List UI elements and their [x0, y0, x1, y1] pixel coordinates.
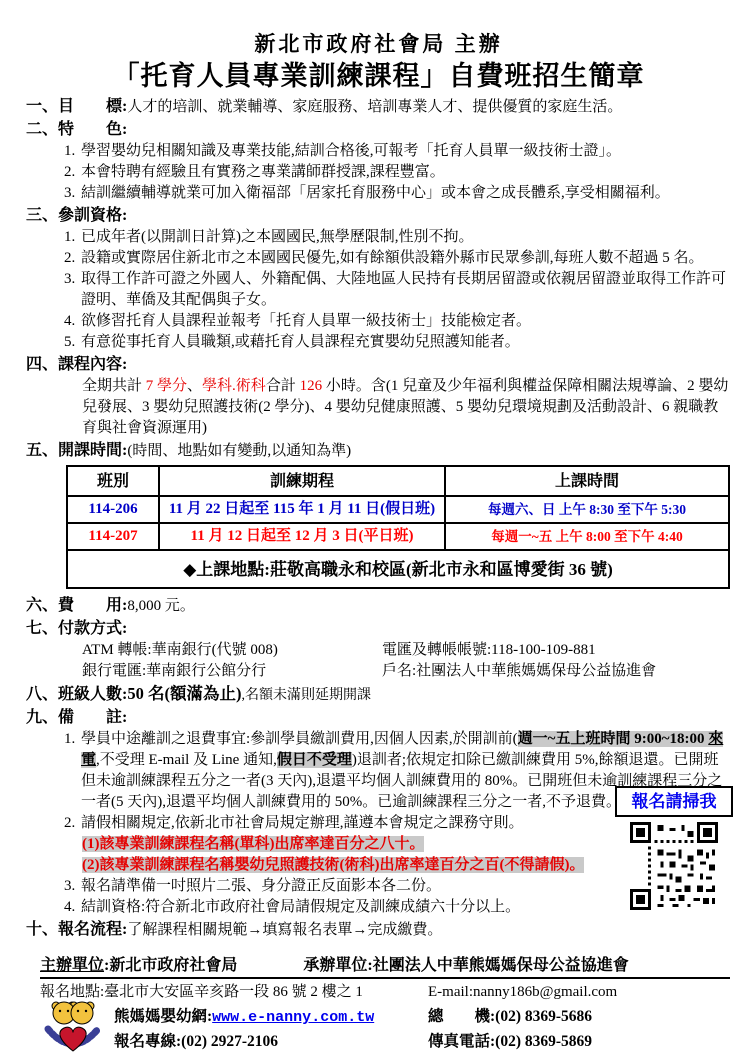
- list-item: 2.設籍或實際居住新北市之本國國民優先,如有餘額供設籍外縣市民眾參訓,每班人數不…: [64, 248, 731, 269]
- switchboard-number: (02) 8369-5686: [495, 1008, 592, 1025]
- section-number: 七、: [26, 620, 58, 637]
- schedule-note: (時間、地點如有變動,以通知為準): [127, 443, 351, 459]
- text-segment: ,不受理 E-mail 及 Line 通知,: [96, 752, 277, 768]
- flow-text: 了解課程相關規範→填寫報名表單→完成繳費。: [127, 922, 442, 938]
- list-item: 4.欲修習托育人員課程並報考「托育人員單一級技術士」技能檢定者。: [64, 311, 731, 332]
- section-number: 八、: [26, 686, 58, 703]
- website-cell: 熊媽媽嬰幼網:www.e-nanny.com.tw: [114, 1006, 428, 1028]
- account-name: 戶名:社團法人中華熊媽媽保母公益協進會: [382, 661, 656, 682]
- footer: 主辦單位:新北市政府社會局承辦單位:社團法人中華熊媽媽保母公益協進會 報名地點:…: [26, 955, 731, 1053]
- host-label: 主辦單位: [40, 957, 104, 974]
- qr-block: 報名請掃我: [615, 786, 733, 917]
- list-item: 3.結訓繼續輔導就業可加入衛福部「居家托育服務中心」或本會之成長體系,享受相關福…: [64, 183, 731, 204]
- item-number: 3.: [64, 876, 81, 897]
- section-label: 付款方式:: [58, 620, 127, 637]
- section-number: 六、: [26, 597, 58, 614]
- section-registration-flow: 十、報名流程:了解課程相關規範→填寫報名表單→完成繳費。: [26, 919, 731, 941]
- section-label: 備 註:: [58, 709, 127, 726]
- item-text: 有意從事托育人員職類,或藉托育人員課程充實嬰幼兒照護知能者。: [81, 334, 520, 350]
- highlighted-rule-text: (1)該專業訓練課程名稱(單科)出席率達百分之八十。: [82, 836, 424, 852]
- section-number: 五、: [26, 442, 58, 459]
- hotline-number: (02) 2927-2106: [181, 1033, 278, 1050]
- account-number: 電匯及轉帳帳號:118-100-109-881: [382, 640, 596, 661]
- section-number: 四、: [26, 356, 58, 373]
- column-header-time: 上課時間: [445, 466, 729, 496]
- attendance-rule-1: (1)該專業訓練課程名稱(單科)出席率達百分之八十。: [82, 834, 642, 855]
- section-schedule: 五、開課時間:(時間、地點如有變動,以通知為準) 班別 訓練期程 上課時間 11…: [26, 440, 731, 589]
- list-item: 3.取得工作許可證之外國人、外籍配偶、大陸地區人民持有長期居留證或依親居留證並取…: [64, 269, 731, 311]
- hotline-line: 報名專線:(02) 2927-2106 傳真電話:(02) 8369-5869: [114, 1031, 731, 1053]
- course-content-paragraph: 全期共計 7 學分、學科.術科合計 126 小時。含(1 兒童及少年福利與權益保…: [82, 376, 731, 439]
- qr-code: [624, 822, 724, 910]
- class-id: 114-206: [67, 496, 159, 523]
- payment-row: 銀行電匯:華南銀行公館分行 戶名:社團法人中華熊媽媽保母公益協進會: [82, 661, 731, 682]
- class-period: 11 月 22 日起至 115 年 1 月 11 日(假日班): [159, 496, 445, 523]
- email-address: E-mail:nanny186b@gmail.com: [428, 982, 617, 1003]
- item-number: 1.: [64, 729, 81, 750]
- item-number: 2.: [64, 813, 81, 834]
- class-time: 每週一~五 上午 8:00 至下午 4:40: [445, 523, 729, 550]
- address-line: 報名地點:臺北市大安區辛亥路一段 86 號 2 樓之 1 E-mail:nann…: [40, 982, 731, 1003]
- schedule-table: 班別 訓練期程 上課時間 114-206 11 月 22 日起至 115 年 1…: [66, 465, 730, 589]
- section-number: 十、: [26, 921, 58, 938]
- bear-mama-logo: [40, 999, 106, 1053]
- column-header-period: 訓練期程: [159, 466, 445, 496]
- page-title: 「托育人員專業訓練課程」自費班招生簡章: [26, 58, 731, 95]
- item-number: 5.: [64, 332, 81, 353]
- item-number: 3.: [64, 183, 81, 204]
- hotline-cell: 報名專線:(02) 2927-2106: [114, 1031, 428, 1053]
- list-item: 2.本會特聘有經驗且有實務之專業講師群授課,課程豐富。: [64, 162, 731, 183]
- section-eligibility: 三、參訓資格: 1.已成年者(以開訓日計算)之本國國民,無學歷限制,性別不拘。 …: [26, 205, 731, 353]
- website-link[interactable]: www.e-nanny.com.tw: [212, 1009, 374, 1026]
- switchboard-label: 總 機:: [428, 1008, 495, 1025]
- section-class-size: 八、班級人數:50 名(額滿為止),名額未滿則延期開課: [26, 683, 731, 706]
- section-number: 三、: [26, 207, 58, 224]
- item-text: 設籍或實際居住新北市之本國國民優先,如有餘額供設籍外縣市民眾參訓,每班人數不超過…: [81, 250, 704, 266]
- section-features: 二、特 色: 1.學習嬰幼兒相關知識及專業技能,結訓合格後,可報考「托育人員單一…: [26, 119, 731, 204]
- section-label: 費 用:: [58, 597, 127, 614]
- fee-amount: 8,000 元。: [127, 598, 195, 614]
- fax-label: 傳真電話:: [428, 1033, 495, 1050]
- section-label: 特 色:: [58, 121, 127, 138]
- class-size-value: 50 名(額滿為止): [127, 684, 241, 703]
- section-label: 參訓資格:: [58, 207, 127, 224]
- section-course-content: 四、課程內容: 全期共計 7 學分、學科.術科合計 126 小時。含(1 兒童及…: [26, 354, 731, 439]
- phone-cell: 總 機:(02) 8369-5686: [428, 1006, 592, 1028]
- item-number: 1.: [64, 227, 81, 248]
- table-header-row: 班別 訓練期程 上課時間: [67, 466, 729, 496]
- item-text: 請假相關規定,依新北市社會局規定辦理,謹遵本會規定之課務守則。: [81, 815, 524, 831]
- item-text: 欲修習托育人員課程並報考「托育人員單一級技術士」技能檢定者。: [81, 313, 531, 329]
- item-number: 1.: [64, 141, 81, 162]
- item-number: 2.: [64, 162, 81, 183]
- atm-transfer: ATM 轉帳:華南銀行(代號 008): [82, 640, 382, 661]
- item-text: 結訓繼續輔導就業可加入衛福部「居家托育服務中心」或本會之成長體系,享受相關福利。: [81, 185, 670, 201]
- highlighted-office-hours: 週一~五上班時間 9:00~18:00: [518, 731, 709, 747]
- attendance-rule-2: (2)該專業訓練課程名稱嬰幼兒照護技術(術科)出席率達百分之百(不得請假)。: [82, 855, 642, 876]
- item-number: 2.: [64, 248, 81, 269]
- co-organizer-name: :社團法人中華熊媽媽保母公益協進會: [367, 957, 628, 974]
- highlighted-rule-text: (2)該專業訓練課程名稱嬰幼兒照護技術(術科)出席率達百分之百(不得請假)。: [82, 857, 584, 873]
- co-organizer-label: 承辦單位: [303, 957, 367, 974]
- item-text: 本會特聘有經驗且有實務之專業講師群授課,課程豐富。: [81, 164, 445, 180]
- section-number: 一、: [26, 98, 58, 115]
- list-item: 1.已成年者(以開訓日計算)之本國國民,無學歷限制,性別不拘。: [64, 227, 731, 248]
- table-row: 114-206 11 月 22 日起至 115 年 1 月 11 日(假日班) …: [67, 496, 729, 523]
- item-text: 結訓資格:符合新北市政府社會局請假規定及訓練成績六十分以上。: [81, 899, 520, 915]
- fax-cell: 傳真電話:(02) 8369-5869: [428, 1031, 592, 1053]
- class-time: 每週六、日 上午 8:30 至下午 5:30: [445, 496, 729, 523]
- class-id: 114-207: [67, 523, 159, 550]
- section-label: 報名流程:: [58, 921, 127, 938]
- list-item: 5.有意從事托育人員職類,或藉托育人員課程充實嬰幼兒照護知能者。: [64, 332, 731, 353]
- goal-text: 人才的培訓、就業輔導、家庭服務、培訓專業人才、提供優質的家庭生活。: [127, 99, 622, 115]
- text-segment: 全期共計: [82, 378, 146, 394]
- highlighted-holiday-text: 假日不受理: [277, 752, 352, 768]
- item-number: 3.: [64, 269, 81, 290]
- section-fee: 六、費 用:8,000 元。: [26, 595, 731, 617]
- table-row: 114-207 11 月 12 日起至 12 月 3 日(平日班) 每週一~五 …: [67, 523, 729, 550]
- section-label: 班級人數:: [58, 686, 127, 703]
- text-segment: 合計: [266, 378, 300, 394]
- scan-to-register-label: 報名請掃我: [615, 786, 733, 817]
- organizer-line: 主辦單位:新北市政府社會局承辦單位:社團法人中華熊媽媽保母公益協進會: [40, 955, 730, 979]
- column-header-class: 班別: [67, 466, 159, 496]
- section-label: 開課時間:: [58, 442, 127, 459]
- text-segment: 、: [187, 378, 202, 394]
- section-label: 課程內容:: [58, 356, 127, 373]
- item-text: 取得工作許可證之外國人、外籍配偶、大陸地區人民持有長期居留證或依親居留證並取得工…: [81, 271, 726, 308]
- flyer-page: 新北市政府社會局 主辦 「托育人員專業訓練課程」自費班招生簡章 一、目 標:人才…: [0, 0, 745, 1053]
- subject-highlight: 學科.術科: [202, 378, 266, 394]
- class-location: ◆上課地點:莊敬高職永和校區(新北市永和區博愛街 36 號): [67, 550, 729, 588]
- item-number: 4.: [64, 311, 81, 332]
- class-size-note: ,名額未滿則延期開課: [241, 688, 371, 703]
- hours-highlight: 126: [300, 378, 323, 394]
- item-text: 報名請準備一吋照片二張、身分證正反面影本各二份。: [81, 878, 441, 894]
- text-segment: 學員中途離訓之退費事宜:參訓學員繳訓費用,因個人因素,於開訓前(: [81, 731, 518, 747]
- table-footer-row: ◆上課地點:莊敬高職永和校區(新北市永和區博愛街 36 號): [67, 550, 729, 588]
- host-name: :新北市政府社會局: [104, 957, 237, 974]
- item-number: 4.: [64, 897, 81, 918]
- website-line: 熊媽媽嬰幼網:www.e-nanny.com.tw 總 機:(02) 8369-…: [114, 1006, 731, 1028]
- list-item: 1.學習嬰幼兒相關知識及專業技能,結訓合格後,可報考「托育人員單一級技術士證」。: [64, 141, 731, 162]
- section-number: 二、: [26, 121, 58, 138]
- credits-highlight: 7 學分: [146, 378, 187, 394]
- website-label: 熊媽媽嬰幼網:: [114, 1008, 212, 1025]
- item-text: 學習嬰幼兒相關知識及專業技能,結訓合格後,可報考「托育人員單一級技術士證」。: [81, 143, 621, 159]
- class-period: 11 月 12 日起至 12 月 3 日(平日班): [159, 523, 445, 550]
- fax-number: (02) 8369-5869: [495, 1033, 592, 1050]
- hotline-label: 報名專線:: [114, 1033, 181, 1050]
- payment-row: ATM 轉帳:華南銀行(代號 008) 電匯及轉帳帳號:118-100-109-…: [82, 640, 731, 661]
- item-text: 已成年者(以開訓日計算)之本國國民,無學歷限制,性別不拘。: [81, 229, 474, 245]
- section-label: 目 標:: [58, 98, 127, 115]
- section-goal: 一、目 標:人才的培訓、就業輔導、家庭服務、培訓專業人才、提供優質的家庭生活。: [26, 96, 731, 118]
- organizer-title: 新北市政府社會局 主辦: [26, 30, 731, 58]
- section-number: 九、: [26, 709, 58, 726]
- bank-branch: 銀行電匯:華南銀行公館分行: [82, 661, 382, 682]
- section-payment: 七、付款方式: ATM 轉帳:華南銀行(代號 008) 電匯及轉帳帳號:118-…: [26, 618, 731, 682]
